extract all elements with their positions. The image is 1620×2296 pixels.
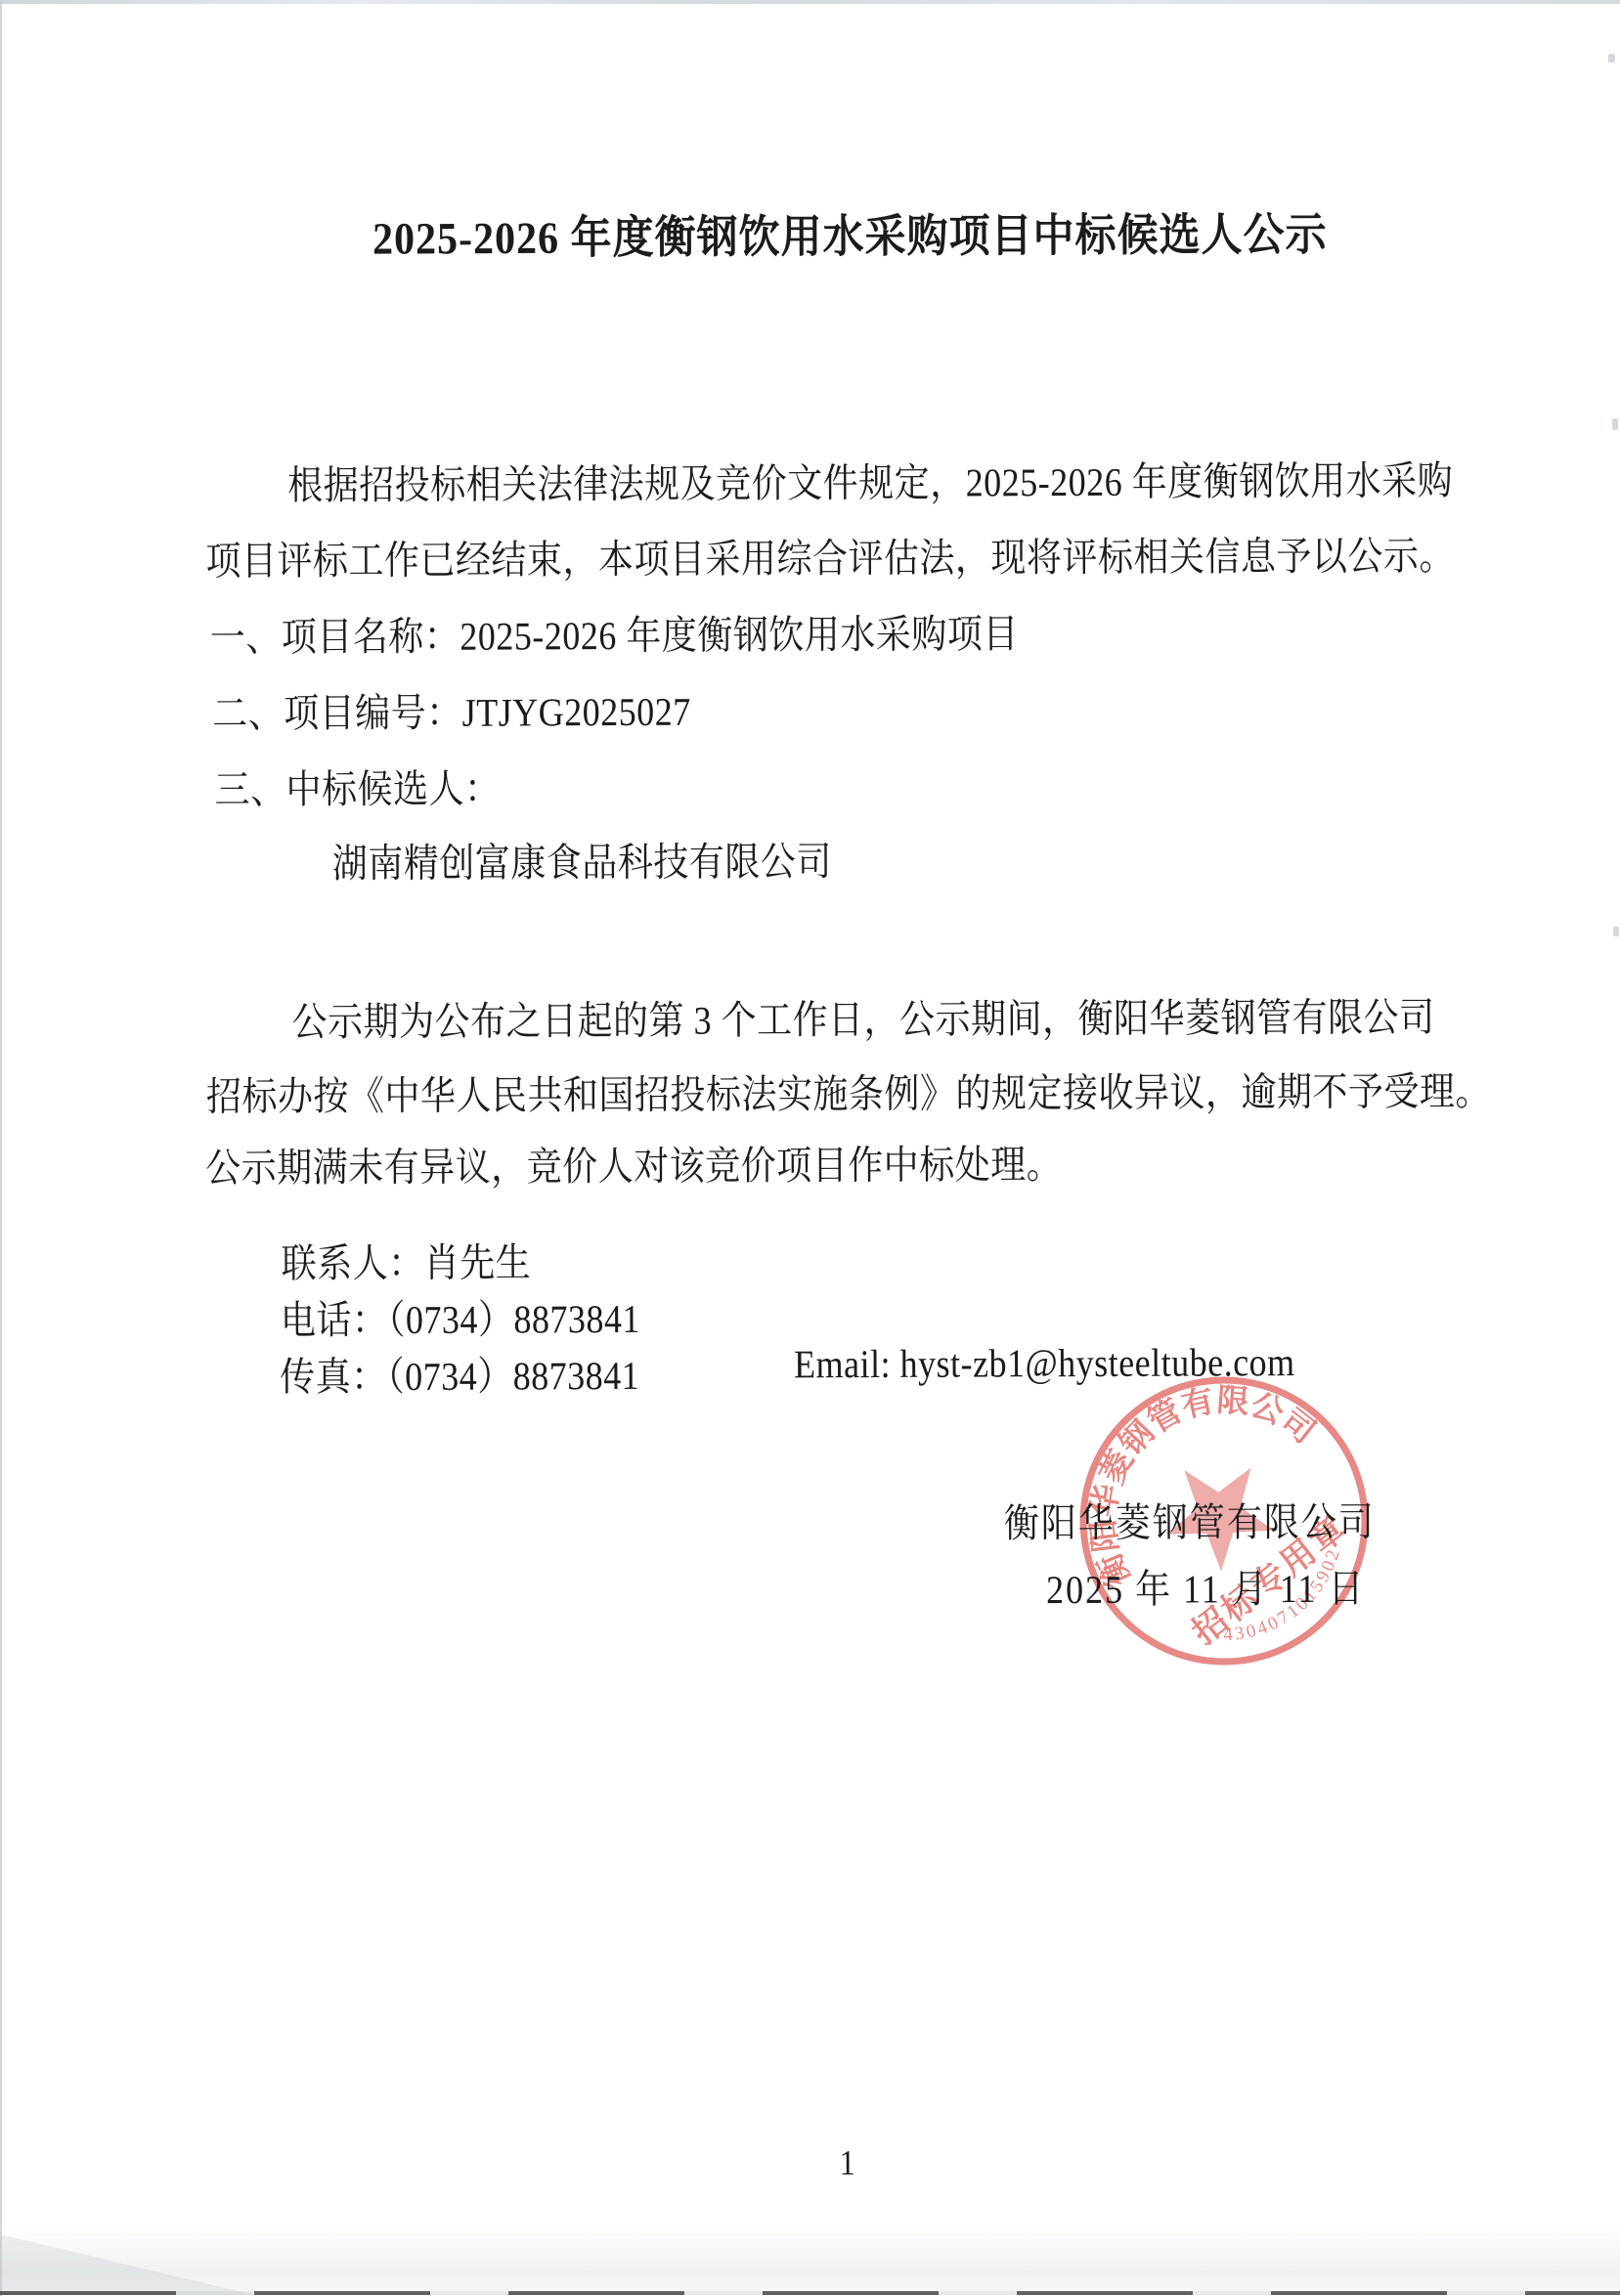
contact-email: Email: hyst-zb1@hysteeltube.com xyxy=(794,1339,1295,1388)
page-number: 1 xyxy=(840,2143,856,2184)
candidate-company-name: 湖南精创富康食品科技有限公司 xyxy=(332,831,832,889)
intro-line-2: 项目评标工作已经结束，本项目采用综合评估法，现将评标相关信息予以公示。 xyxy=(205,525,1455,586)
list-item-project-name: 一、项目名称：2025-2026 年度衡钢饮用水采购项目 xyxy=(210,603,1019,663)
list-item-project-number: 二、项目编号：JTJYG2025027 xyxy=(212,681,691,740)
notice-line-3: 公示期满未有异议，竞价人对该竞价项目作中标处理。 xyxy=(205,1134,1062,1193)
notice-line-2: 招标办按《中华人民共和国招投标法实施条例》的规定接收异议，逾期不予受理。 xyxy=(206,1061,1491,1122)
document-content: 2025-2026 年度衡钢饮用水采购项目中标候选人公示 根据招投标相关法律法规… xyxy=(0,0,1620,2296)
list-item-winning-candidate: 三、中标候选人： xyxy=(214,758,500,815)
notice-line-1: 公示期为公布之日起的第 3 个工作日，公示期间，衡阳华菱钢管有限公司 xyxy=(291,986,1434,1048)
page-title: 2025-2026 年度衡钢饮用水采购项目中标候选人公示 xyxy=(372,199,1328,268)
scanned-document-page: 衡阳华菱钢管有限公司 招标专用章 4304071015902 2025-2026… xyxy=(0,0,1620,2296)
intro-line-1: 根据招投标相关法律法规及竞价文件规定，2025-2026 年度衡钢饮用水采购 xyxy=(287,450,1453,511)
signature-date: 2025 年 11 月 11 日 xyxy=(1046,1558,1366,1616)
contact-person: 联系人：肖先生 xyxy=(281,1232,531,1289)
contact-fax: 传真：（0734）8873841 xyxy=(280,1345,639,1403)
signature-company: 衡阳华菱钢管有限公司 xyxy=(1004,1491,1376,1548)
contact-phone: 电话：（0734）8873841 xyxy=(281,1288,640,1346)
